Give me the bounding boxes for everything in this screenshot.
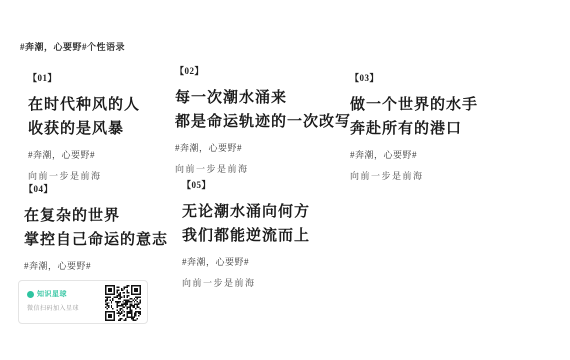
qr-join-hint: 微信扫码加入星球 [27, 303, 79, 312]
quote-number-label: 【03】 [350, 71, 478, 84]
quote-headline-line: 在时代种风的人 [28, 93, 140, 117]
quote-block-05: 【05】 无论潮水涌向何方 我们都能逆流而上 #奔潮，心要野# 向前一步是前海 [182, 178, 310, 289]
brand-qr-card: 知识星球 微信扫码加入星球 [18, 280, 148, 324]
quote-block-03: 【03】 做一个世界的水手 奔赴所有的港口 #奔潮，心要野# 向前一步是前海 [350, 71, 478, 182]
quote-block-04: 【04】 在复杂的世界 掌控自己命运的意志 #奔潮，心要野# 向前一步是前海 [24, 182, 168, 293]
quote-headline-line: 收获的是风暴 [28, 117, 140, 141]
quote-block-01: 【01】 在时代种风的人 收获的是风暴 #奔潮，心要野# 向前一步是前海 [28, 71, 140, 182]
quote-hashtag: #奔潮，心要野# [175, 141, 351, 154]
quote-number-label: 【02】 [175, 64, 351, 77]
quote-block-02: 【02】 每一次潮水涌来 都是命运轨迹的一次改写 #奔潮，心要野# 向前一步是前… [175, 64, 351, 175]
quote-headline-line: 无论潮水涌向何方 [182, 200, 310, 224]
quote-tagline: 向前一步是前海 [28, 169, 140, 182]
quote-headline-line: 掌控自己命运的意志 [24, 228, 168, 252]
brand-name: 知识星球 [37, 289, 67, 299]
brand-dot-icon [27, 291, 34, 298]
quote-headline-line: 奔赴所有的港口 [350, 117, 478, 141]
quote-headline-line: 我们都能逆流而上 [182, 224, 310, 248]
quote-hashtag: #奔潮，心要野# [350, 148, 478, 161]
quote-headline-line: 在复杂的世界 [24, 204, 168, 228]
quote-hashtag: #奔潮，心要野# [24, 259, 168, 272]
quote-number-label: 【01】 [28, 71, 140, 84]
quote-tagline: 向前一步是前海 [182, 276, 310, 289]
qr-code [105, 285, 141, 321]
quote-number-label: 【05】 [182, 178, 310, 191]
quote-headline-line: 每一次潮水涌来 [175, 86, 351, 110]
brand-row: 知识星球 [27, 289, 67, 299]
quote-headline-line: 都是命运轨迹的一次改写 [175, 110, 351, 134]
quote-hashtag: #奔潮，心要野# [182, 255, 310, 268]
quote-tagline: 向前一步是前海 [175, 162, 351, 175]
quote-tagline: 向前一步是前海 [350, 169, 478, 182]
quote-headline-line: 做一个世界的水手 [350, 93, 478, 117]
campaign-hashtag-title: #奔潮，心要野#个性语录 [20, 40, 125, 53]
quote-number-label: 【04】 [24, 182, 168, 195]
quote-hashtag: #奔潮，心要野# [28, 148, 140, 161]
